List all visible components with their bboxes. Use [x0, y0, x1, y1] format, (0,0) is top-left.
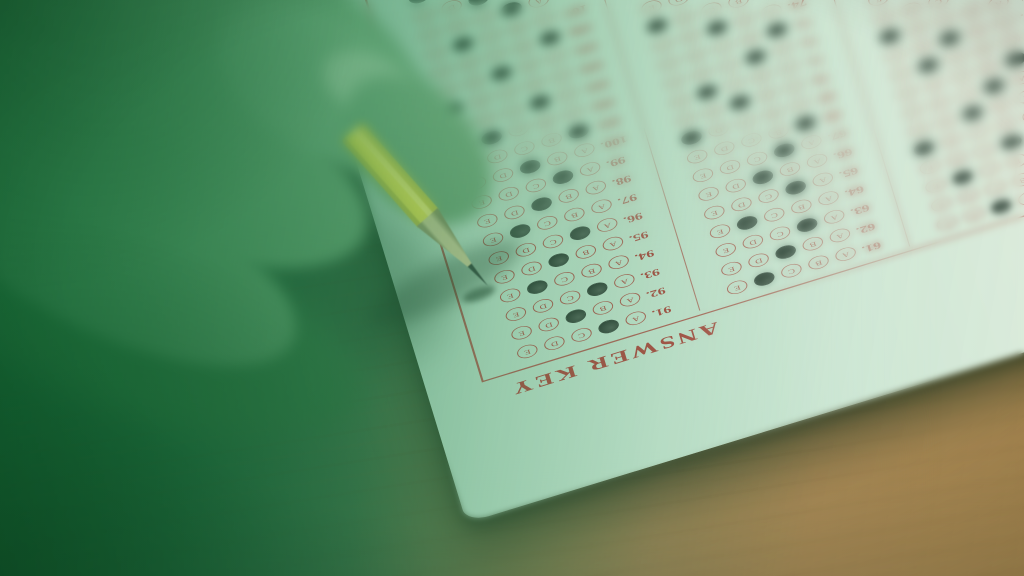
hand	[0, 0, 1024, 576]
photo-scene: ANSWER KEY 1.ABCDE2.ABCDE3.ABCDE4.ABCDE5…	[0, 0, 1024, 576]
